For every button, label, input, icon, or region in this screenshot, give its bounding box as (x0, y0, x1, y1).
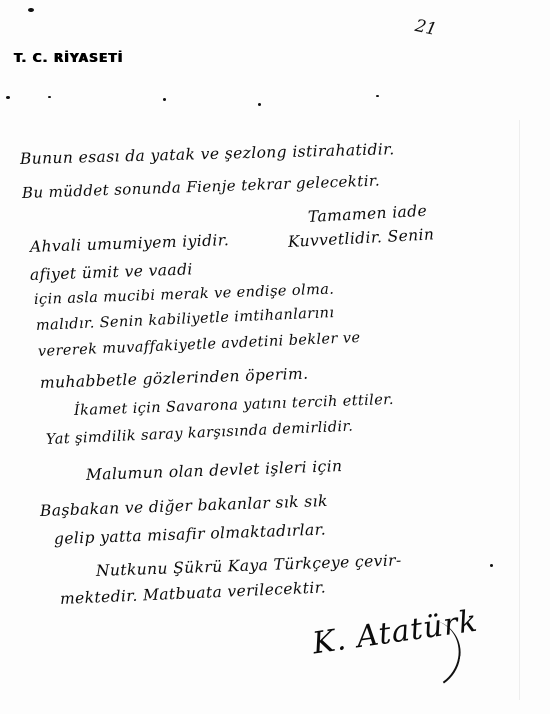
handwritten-line: Bu müddet sonunda Fienje tekrar gelecekt… (22, 172, 381, 202)
handwritten-line: afiyet ümit ve vaadi (30, 260, 193, 284)
handwritten-line: Başbakan ve diğer bakanlar sık sık (40, 492, 328, 520)
handwritten-line: muhabbetle gözlerinden öperim. (40, 365, 309, 392)
handwritten-line: için asla mucibi merak ve endişe olma. (34, 282, 335, 308)
handwritten-line: malıdır. Senin kabiliyetle imtihanlarını (36, 305, 335, 334)
handwritten-line: Ahvali umumiyem iyidir. (30, 231, 230, 256)
scan-speck (376, 95, 379, 97)
document-page: 21 T. C. RİYASETİ Bunun esası da yatak v… (0, 0, 550, 714)
scan-speck (28, 8, 34, 12)
scan-speck (163, 98, 166, 101)
scan-speck (490, 564, 493, 567)
page-number: 21 (413, 16, 438, 40)
handwritten-line: gelip yatta misafir olmaktadırlar. (54, 521, 327, 548)
handwritten-line: Kuvvetlidir. Senin (288, 225, 435, 251)
handwritten-line: Malumun olan devlet işleri için (86, 457, 343, 484)
scan-speck (48, 96, 51, 98)
handwritten-line: mektedir. Matbuata verilecektir. (60, 578, 327, 608)
scan-edge (519, 120, 520, 700)
scan-speck (6, 96, 10, 99)
scan-speck (258, 103, 261, 106)
handwritten-line: Yat şimdilik saray karşısında demirlidir… (46, 419, 354, 448)
handwritten-line: Nutkunu Şükrü Kaya Türkçeye çevir- (96, 551, 402, 580)
handwritten-line: vererek muvaffakiyetle avdetini bekler v… (38, 330, 361, 360)
letterhead: T. C. RİYASETİ (14, 51, 123, 66)
handwritten-line: Tamamen iade (308, 202, 428, 226)
handwritten-line: Bunun esası da yatak ve şezlong istiraha… (20, 140, 395, 168)
handwritten-line: İkamet için Savarona yatını tercih ettil… (74, 392, 394, 419)
